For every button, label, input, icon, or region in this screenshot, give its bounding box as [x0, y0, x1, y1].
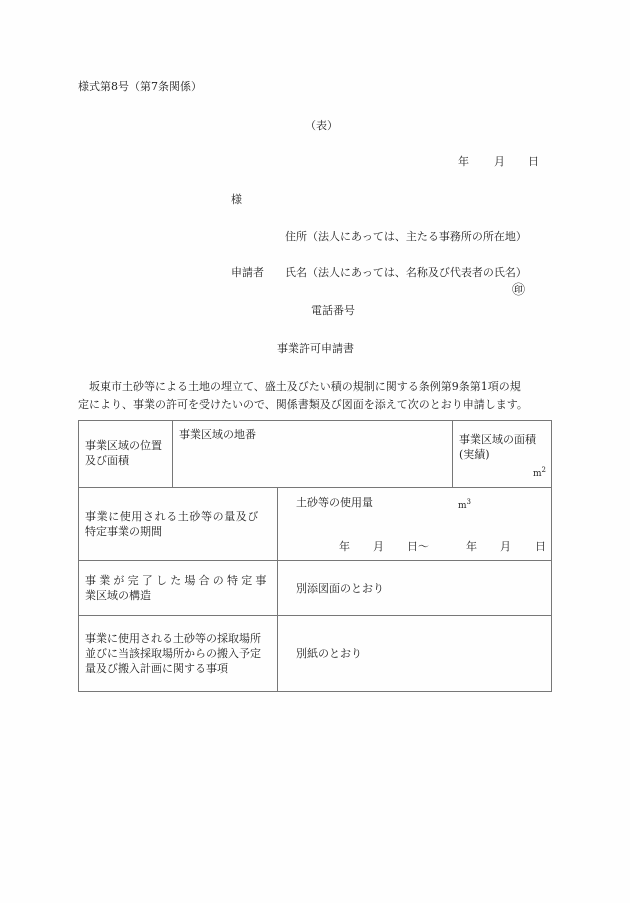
addressee-suffix: 様 [231, 193, 242, 207]
applicant-phone-label: 電話番号 [311, 304, 355, 318]
area-label-line2: (実績) [459, 447, 490, 462]
row4-label-cell: 事業に使用される土砂等の採取場所 並びに当該採取場所からの搬入予定 量及び搬入計… [78, 615, 278, 692]
lot-number-label: 事業区域の地番 [179, 427, 256, 442]
lot-number-cell[interactable]: 事業区域の地番 [172, 420, 453, 488]
row2-label-line2: 特定事業の期間 [85, 524, 162, 539]
row1-label-line2: 及び面積 [85, 453, 129, 468]
row2-label-line1: 事業に使用される土砂等の量及び [85, 509, 259, 524]
start-day: 日～ [407, 539, 429, 554]
date-month: 月 [494, 155, 528, 169]
usage-unit: m3 [458, 495, 471, 514]
area-unit: m2 [533, 463, 546, 482]
applicant-role-label: 申請者 [231, 266, 264, 280]
front-label: （表） [305, 119, 338, 133]
seal-icon: ㊞ [512, 284, 525, 298]
area-label-line1: 事業区域の面積 [459, 432, 536, 447]
row4-label-line3: 量及び搬入計画に関する事項 [85, 661, 228, 676]
application-date: 年月日 [458, 155, 539, 169]
structure-value: 別添図面のとおり [296, 581, 384, 596]
row3-label-cell: 事業が完了した場合の特定事 業区域の構造 [78, 560, 278, 616]
row1-label-line1: 事業区域の位置 [85, 438, 162, 453]
area-cell[interactable]: 事業区域の面積 (実績) m2 [452, 420, 552, 488]
end-day: 日 [535, 539, 546, 554]
source-plan-cell[interactable]: 別紙のとおり [277, 615, 552, 692]
end-year: 年 [466, 539, 477, 554]
row1-label-cell: 事業区域の位置 及び面積 [78, 420, 173, 488]
source-plan-value: 別紙のとおり [296, 646, 362, 661]
statement-line-1: 坂東市土砂等による土地の埋立て、盛土及びたい積の規制に関する条例第9条第1項の規 [78, 378, 558, 396]
usage-period-cell[interactable]: 土砂等の使用量 m3 年 月 日～ 年 月 日 [277, 487, 552, 561]
row3-label-line1: 事業が完了した場合の特定事 [85, 573, 270, 588]
row2-label-cell: 事業に使用される土砂等の量及び 特定事業の期間 [78, 487, 278, 561]
document-title: 事業許可申請書 [277, 342, 354, 356]
statement-line-2: 定により、事業の許可を受けたいので、関係書類及び図面を添えて次のとおり申請します… [78, 396, 558, 414]
date-day: 日 [528, 155, 539, 169]
application-statement: 坂東市土砂等による土地の埋立て、盛土及びたい積の規制に関する条例第9条第1項の規… [78, 378, 558, 414]
applicant-name-label: 氏名（法人にあっては、名称及び代表者の氏名） [285, 266, 527, 280]
applicant-address-label: 住所（法人にあっては、主たる事務所の所在地） [285, 230, 527, 244]
row4-label-line1: 事業に使用される土砂等の採取場所 [85, 631, 261, 646]
form-number: 様式第8号（第7条関係） [78, 80, 202, 94]
row3-label-line2: 業区域の構造 [85, 588, 151, 603]
start-year: 年 [339, 539, 350, 554]
row4-label-line2: 並びに当該採取場所からの搬入予定 [85, 646, 261, 661]
structure-cell[interactable]: 別添図面のとおり [277, 560, 552, 616]
start-month: 月 [373, 539, 384, 554]
date-year: 年 [458, 155, 494, 169]
end-month: 月 [500, 539, 511, 554]
usage-label: 土砂等の使用量 [296, 495, 373, 510]
